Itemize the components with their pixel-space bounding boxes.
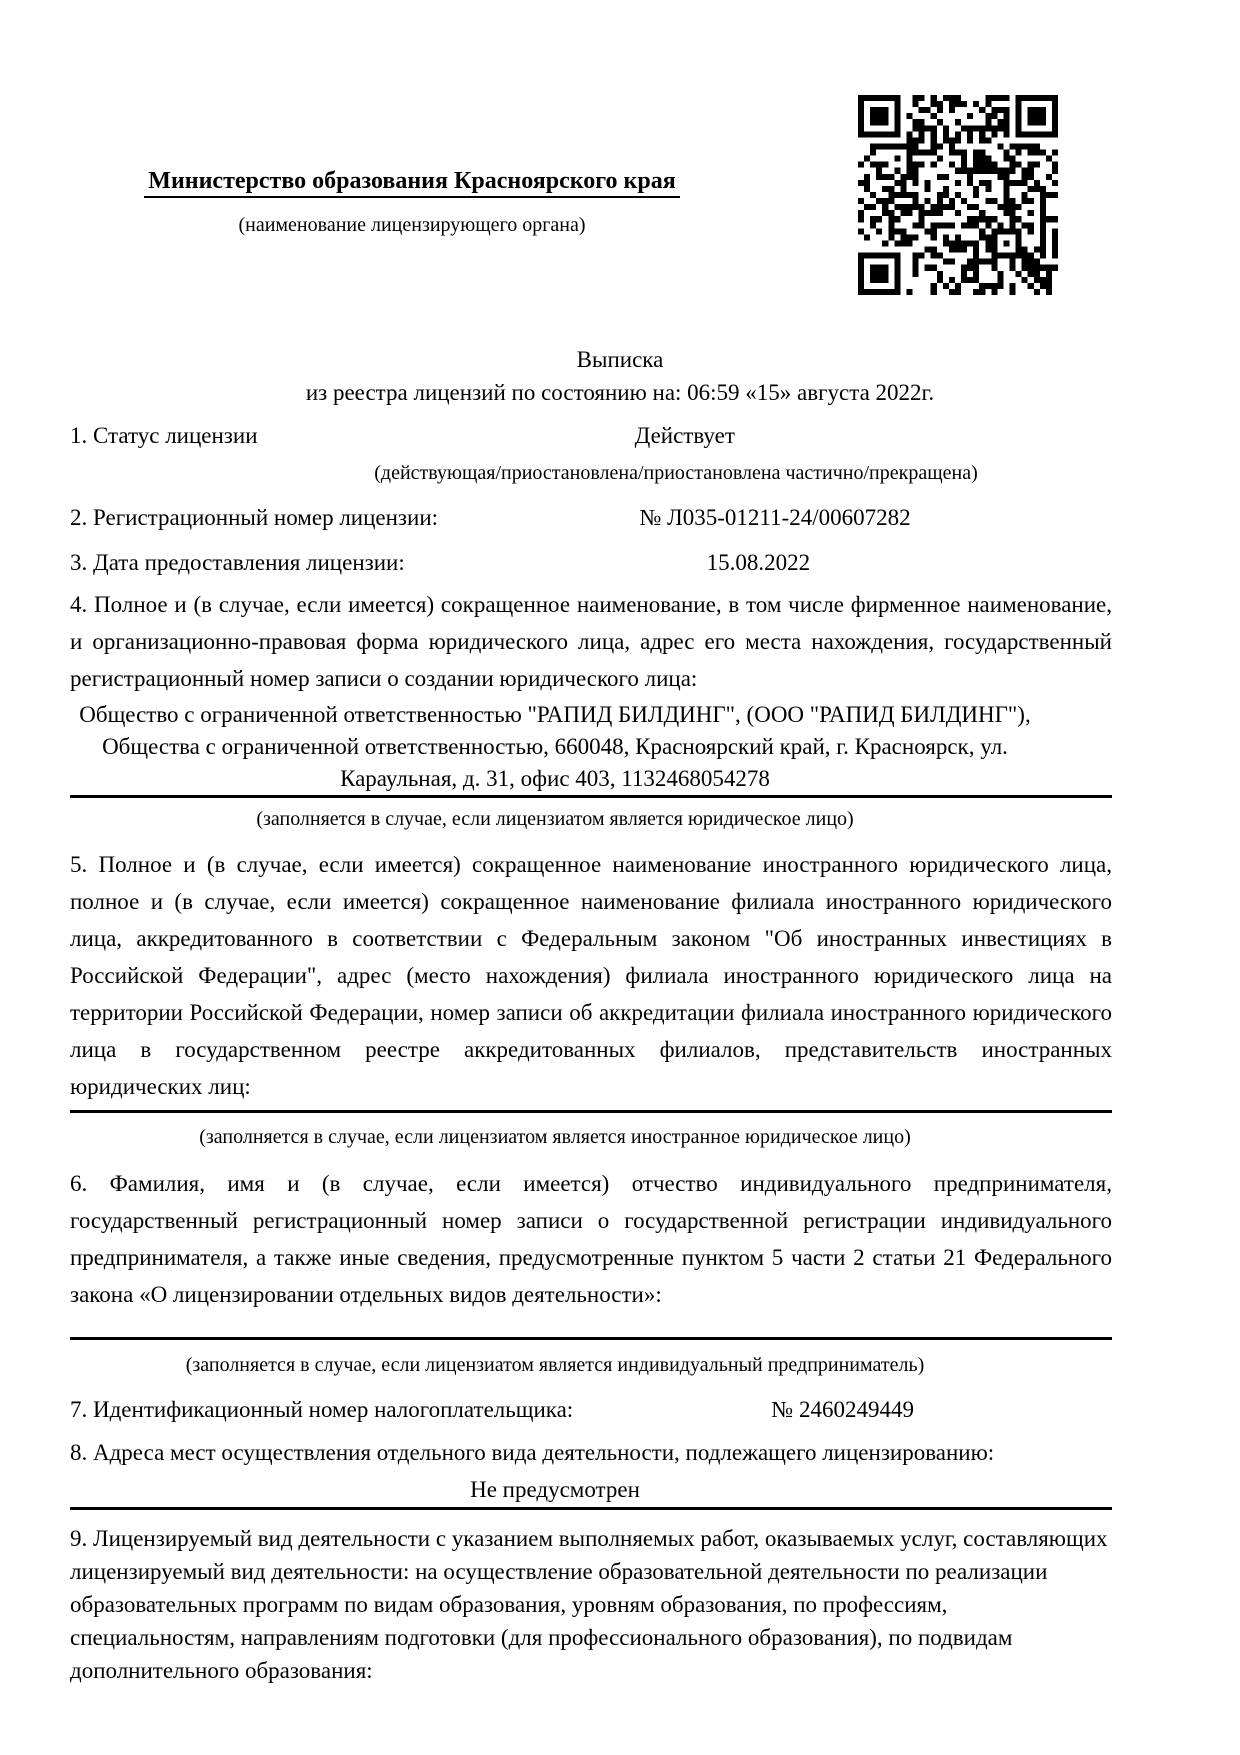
foreign-entity-note: (заполняется в случае, если лицензиатом … xyxy=(70,1125,1112,1149)
field-8-label: 8. Адреса мест осуществления отдельного … xyxy=(70,1438,1112,1468)
field-4-text: 4. Полное и (в случае, если имеется) сок… xyxy=(70,586,1112,697)
licensing-authority: Министерство образования Красноярского к… xyxy=(70,166,754,196)
field-6-text: 6. Фамилия, имя и (в случае, если имеетс… xyxy=(70,1165,1112,1313)
legal-entity-note: (заполняется в случае, если лицензиатом … xyxy=(70,807,1112,831)
document-title-block: Выписка из реестра лицензий по состоянию… xyxy=(70,343,1112,409)
licensing-authority-name: Министерство образования Красноярского к… xyxy=(144,168,679,198)
qr-code xyxy=(858,95,1058,295)
separator-line xyxy=(70,1507,1112,1510)
field-7-value: № 2460249449 xyxy=(573,1395,1112,1425)
field-1-value: Действует xyxy=(258,421,1112,451)
field-9-text: 9. Лицензируемый вид деятельности с указ… xyxy=(70,1522,1112,1687)
field-1-note: (действующая/приостановлена/приостановле… xyxy=(70,461,1112,485)
field-registration-number: 2. Регистрационный номер лицензии: № Л03… xyxy=(70,503,1112,533)
separator-line xyxy=(70,1110,1112,1113)
field-license-date: 3. Дата предоставления лицензии: 15.08.2… xyxy=(70,548,1112,578)
field-2-value: № Л035-01211-24/00607282 xyxy=(438,503,1112,533)
document-title: Выписка xyxy=(128,343,1112,376)
field-license-status: 1. Статус лицензии Действует xyxy=(70,421,1112,451)
field-3-value: 15.08.2022 xyxy=(405,548,1112,578)
field-2-label: 2. Регистрационный номер лицензии: xyxy=(70,503,438,533)
field-1-label: 1. Статус лицензии xyxy=(70,421,258,451)
field-5-text: 5. Полное и (в случае, если имеется) сок… xyxy=(70,846,1112,1105)
document-header: Министерство образования Красноярского к… xyxy=(70,166,754,237)
field-7-label: 7. Идентификационный номер налогоплатель… xyxy=(70,1395,573,1425)
document-page: Министерство образования Красноярского к… xyxy=(0,0,1240,1755)
licensing-authority-caption: (наименование лицензирующего органа) xyxy=(70,213,754,237)
entrepreneur-note: (заполняется в случае, если лицензиатом … xyxy=(70,1353,1112,1377)
separator-line xyxy=(70,795,1112,798)
separator-line xyxy=(70,1337,1112,1340)
qr-code-image xyxy=(858,95,1058,295)
field-taxpayer-number: 7. Идентификационный номер налогоплатель… xyxy=(70,1395,1112,1425)
field-8-value: Не предусмотрен xyxy=(70,1476,1112,1504)
extract-date-line: из реестра лицензий по состоянию на: 06:… xyxy=(128,376,1112,409)
field-3-label: 3. Дата предоставления лицензии: xyxy=(70,548,405,578)
field-4-value: Общество с ограниченной ответственностью… xyxy=(70,699,1112,795)
